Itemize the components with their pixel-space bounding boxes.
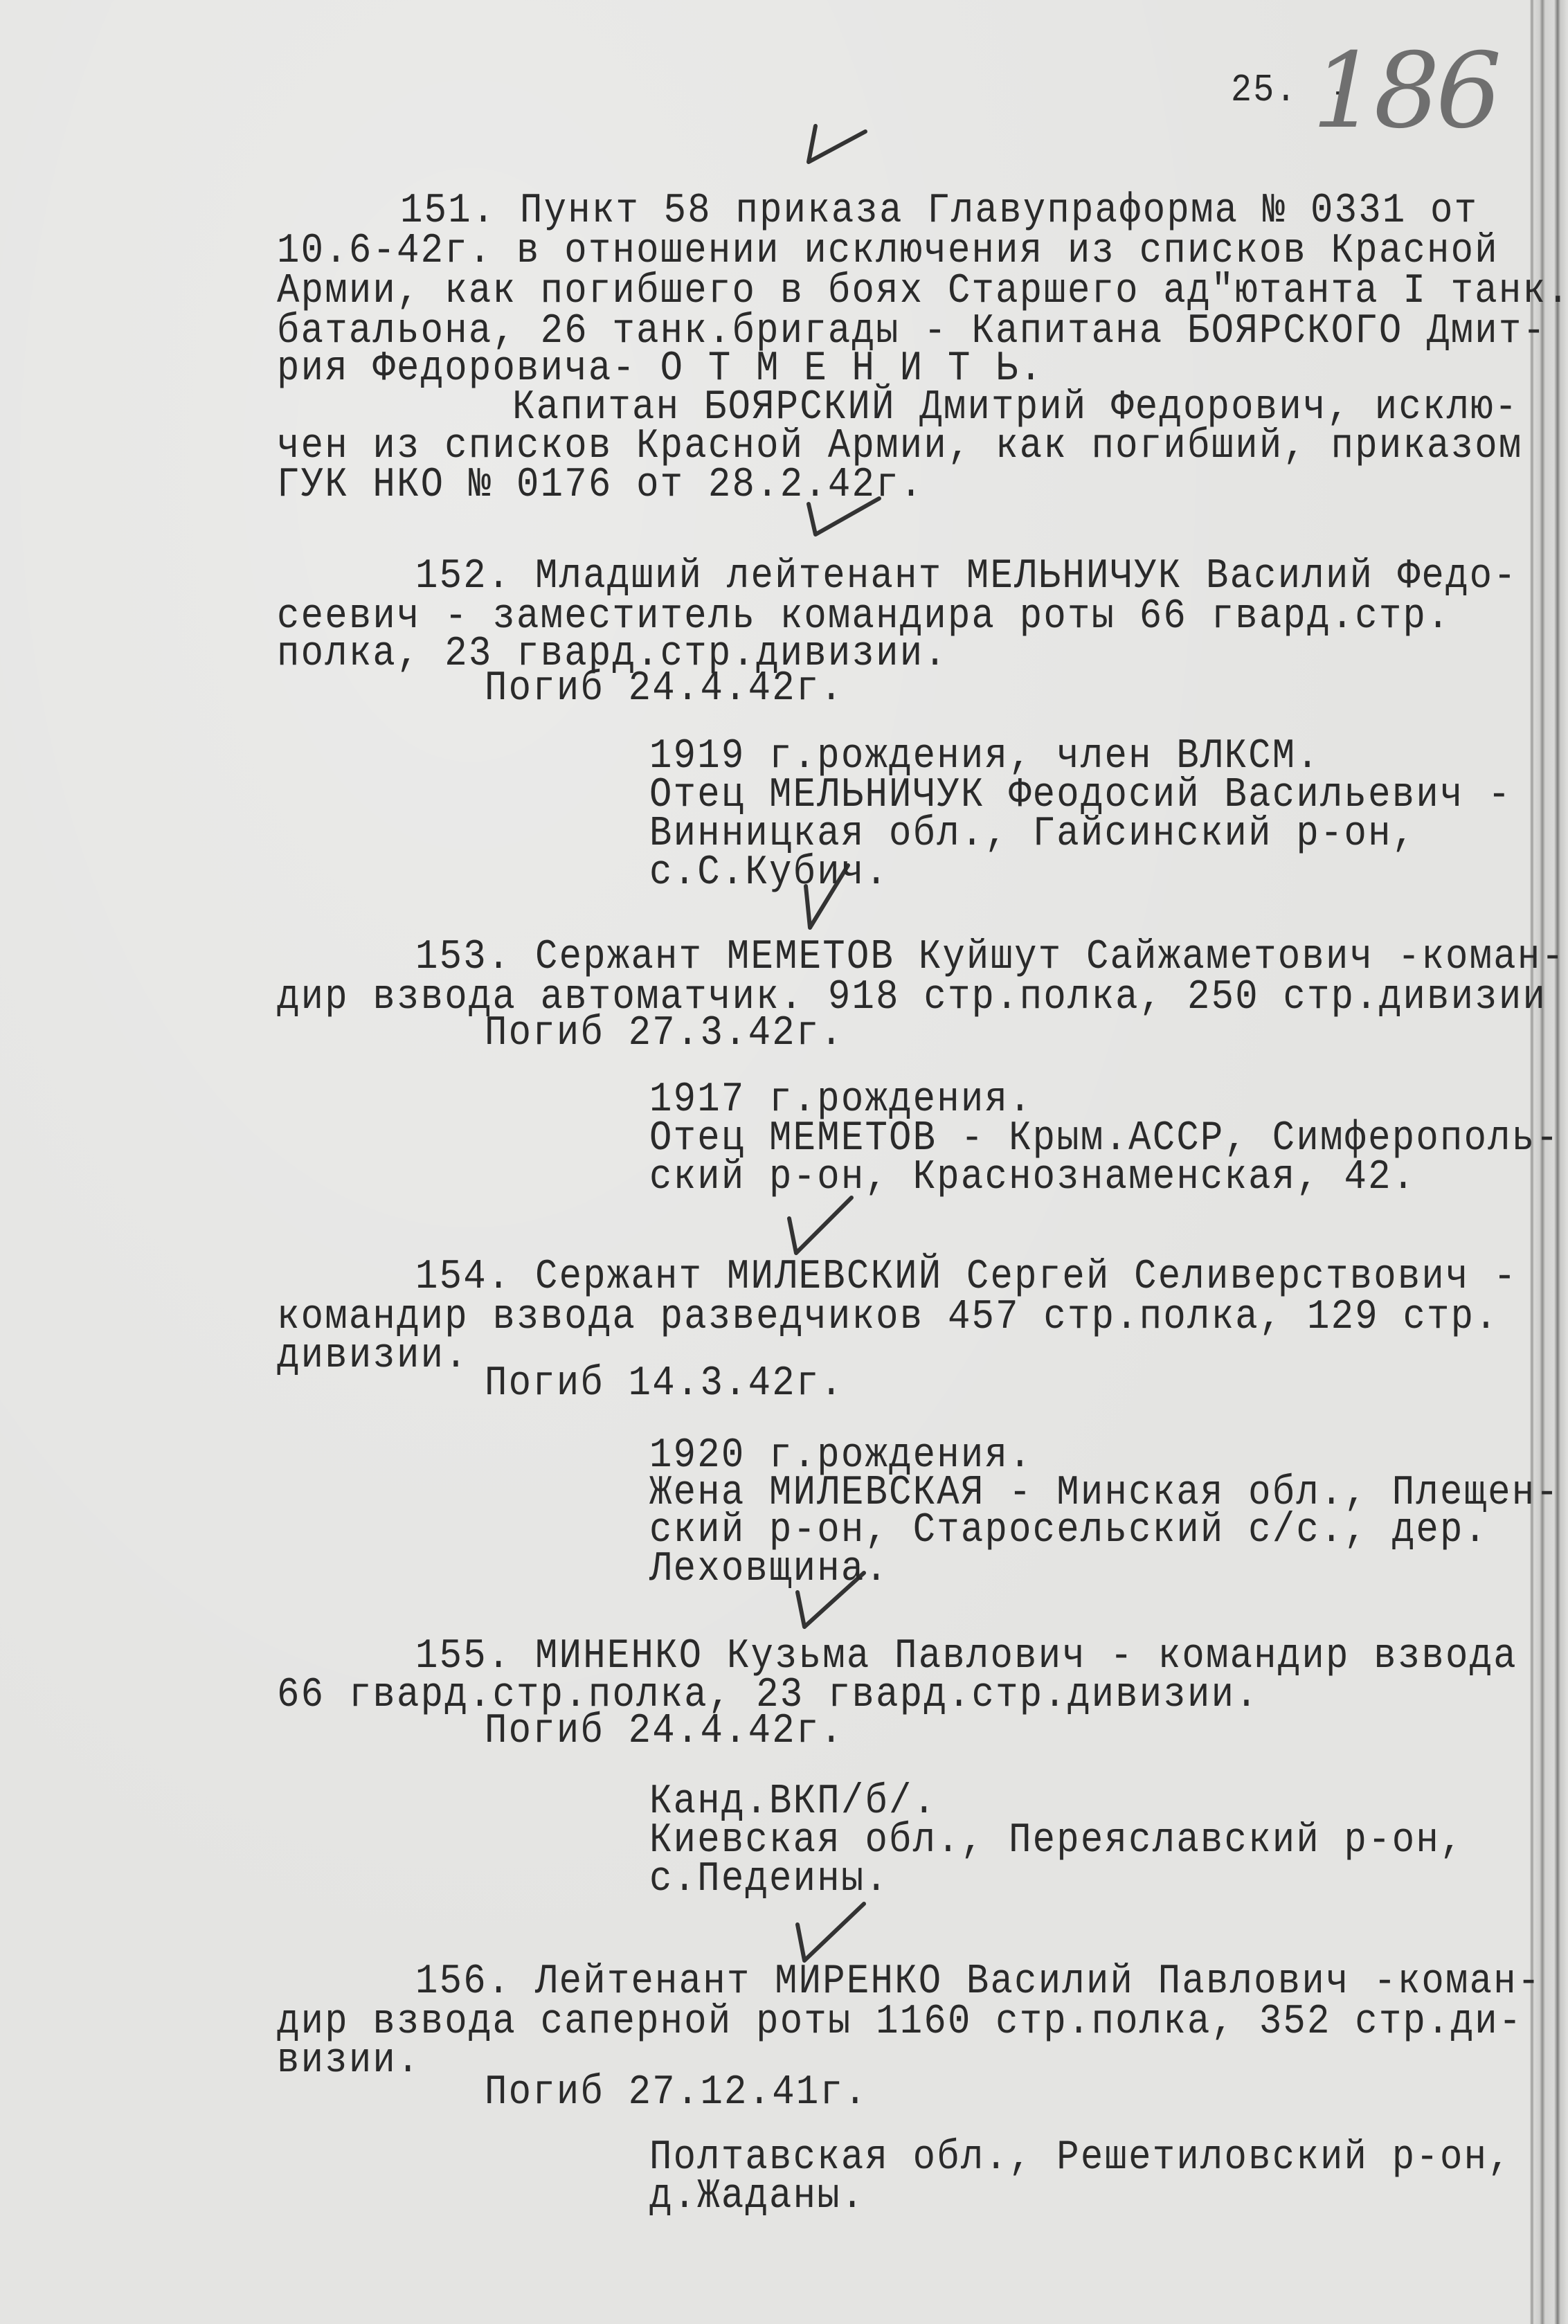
- death-date: Погиб 24.4.42г.: [485, 666, 844, 712]
- death-date: Погиб 27.3.42г.: [485, 1011, 844, 1057]
- document-page: 25. - 186 151. Пункт 58 приказа Главупра…: [0, 0, 1568, 2324]
- detail-line: ский р-он, Краснознаменская, 42.: [649, 1155, 1416, 1201]
- entry-text-line: ГУК НКО № 0176 от 28.2.42г.: [277, 462, 923, 509]
- detail-line: с.С.Кубич.: [649, 850, 889, 897]
- death-date: Погиб 27.12.41г.: [485, 2070, 868, 2116]
- detail-line: д.Жаданы.: [649, 2174, 865, 2220]
- entry-text-line: дир взвода автоматчик. 918 стр.полка, 25…: [277, 975, 1547, 1021]
- entry-text-line: дир взвода саперной роты 1160 стр.полка,…: [277, 1999, 1522, 2046]
- death-date: Погиб 24.4.42г.: [485, 1709, 844, 1755]
- page-number: 25.: [1231, 68, 1298, 114]
- detail-line: Леховщина.: [649, 1547, 889, 1593]
- check-mark-icon: [782, 1897, 879, 1966]
- detail-line: с.Педеины.: [649, 1857, 889, 1903]
- death-date: Погиб 14.3.42г.: [485, 1361, 844, 1407]
- entry-text-line: визии.: [277, 2038, 421, 2084]
- entry-text-line: дивизии.: [277, 1333, 469, 1380]
- handwritten-folio-number: 186: [1312, 31, 1497, 152]
- check-mark-icon: [796, 118, 879, 173]
